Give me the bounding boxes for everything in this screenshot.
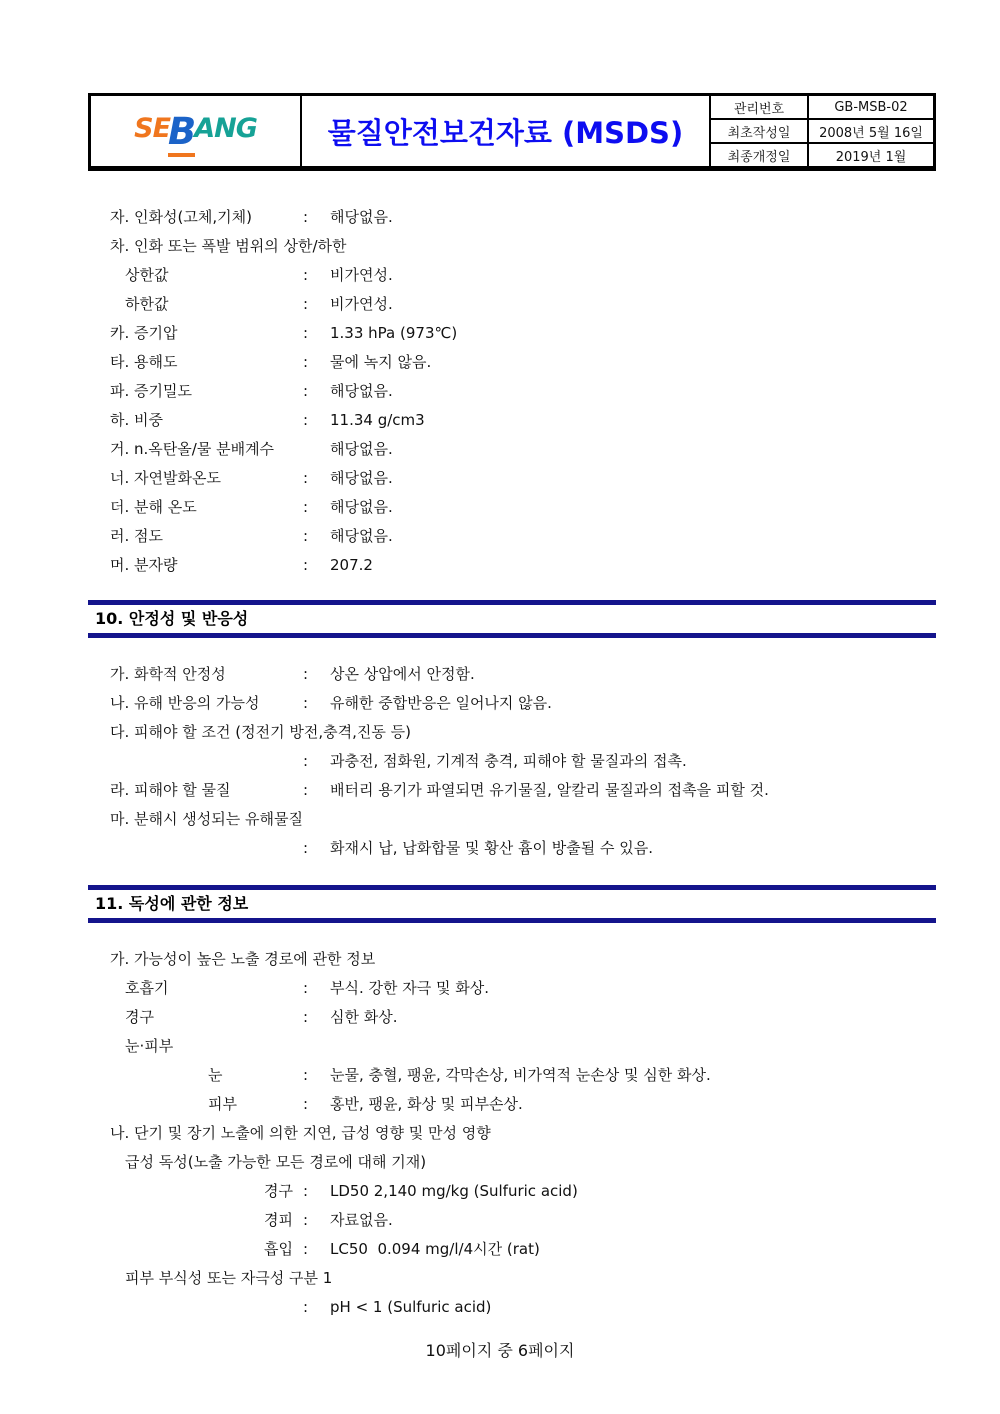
property-label: 파. 증기밀도 [110,377,303,406]
document-title: 물질안전보건자료 (MSDS) [328,111,683,152]
meta-row: 최종개정일 2019년 1월 [711,144,933,166]
property-row: 더. 분해 온도 : 해당없음. [88,493,936,522]
property-label: 호흡기 [110,974,303,1003]
property-label: 하한값 [110,290,303,319]
sebang-logo: SEBANG [134,113,257,150]
colon-separator: : [303,377,330,406]
property-row: 머. 분자량 : 207.2 [88,551,936,580]
meta-row: 최초작성일 2008년 5월 16일 [711,120,933,144]
property-value: 11.34 g/cm3 [330,406,936,435]
property-value: 물에 녹지 않음. [330,348,936,377]
property-label: 마. 분해시 생성되는 유해물질 [110,805,303,834]
property-row: 너. 자연발화온도 : 해당없음. [88,464,936,493]
property-label: 경피 [110,1206,303,1235]
property-value: LD50 2,140 mg/kg (Sulfuric acid) [330,1177,936,1206]
colon-separator: : [303,464,330,493]
property-label: 너. 자연발화온도 [110,464,303,493]
property-label: 나. 유해 반응의 가능성 [110,689,303,718]
property-label: 눈 [110,1061,303,1090]
colon-separator: : [303,1003,330,1032]
property-row: 타. 용해도 : 물에 녹지 않음. [88,348,936,377]
property-row: 차. 인화 또는 폭발 범위의 상한/하한 [88,232,936,261]
property-value: 부식. 강한 자극 및 화상. [330,974,936,1003]
colon-separator: : [303,1206,330,1235]
property-row: 눈 : 눈물, 충혈, 팽윤, 각막손상, 비가역적 눈손상 및 심한 화상. [88,1061,936,1090]
property-label: 더. 분해 온도 [110,493,303,522]
property-row: 피부 부식성 또는 자극성 구분 1 [88,1264,936,1293]
colon-separator: : [303,522,330,551]
property-row: 러. 점도 : 해당없음. [88,522,936,551]
colon-separator: : [303,261,330,290]
colon-separator: : [303,290,330,319]
property-value: 1.33 hPa (973℃) [330,319,936,348]
property-label: 흡입 [110,1235,303,1264]
property-row: : pH < 1 (Sulfuric acid) [88,1293,936,1322]
property-row: 하. 비중 : 11.34 g/cm3 [88,406,936,435]
colon-separator: : [303,747,330,776]
property-row: 경구 : LD50 2,140 mg/kg (Sulfuric acid) [88,1177,936,1206]
property-row: 상한값 : 비가연성. [88,261,936,290]
property-row: 흡입 : LC50 0.094 mg/l/4시간 (rat) [88,1235,936,1264]
property-row: 피부 : 홍반, 팽윤, 화상 및 피부손상. [88,1090,936,1119]
property-value: 심한 화상. [330,1003,936,1032]
property-label: 카. 증기압 [110,319,303,348]
property-label: 거. n.옥탄올/물 분배계수 [110,435,303,464]
colon-separator: : [303,834,330,863]
meta-value: 2008년 5월 16일 [809,120,933,142]
property-row: 파. 증기밀도 : 해당없음. [88,377,936,406]
section-divider-bar-bottom [88,918,936,923]
property-label: 러. 점도 [110,522,303,551]
section10-rows: 가. 화학적 안정성 : 상온 상압에서 안정함. 나. 유해 반응의 가능성 … [88,660,936,863]
meta-value: 2019년 1월 [809,144,933,166]
property-value: 화재시 납, 납화합물 및 황산 흄이 방출될 수 있음. [330,834,936,863]
property-value: 비가연성. [330,261,936,290]
property-value: 비가연성. [330,290,936,319]
colon-separator: : [303,660,330,689]
colon-separator: : [303,1235,330,1264]
meta-label: 관리번호 [711,96,809,118]
property-label: 경구 [110,1177,303,1206]
colon-separator: : [303,1061,330,1090]
section9-rows: 자. 인화성(고체,기체) : 해당없음. 차. 인화 또는 폭발 범위의 상한… [88,203,936,580]
property-label: 머. 분자량 [110,551,303,580]
section-11-title: 11. 독성에 관한 정보 [88,890,936,918]
property-row: : 화재시 납, 납화합물 및 황산 흄이 방출될 수 있음. [88,834,936,863]
section-10-header: 10. 안정성 및 반응성 [88,600,936,638]
section11-rows: 가. 가능성이 높은 노출 경로에 관한 정보 호흡기 : 부식. 강한 자극 … [88,945,936,1322]
property-value: 해당없음. [330,464,936,493]
meta-value: GB-MSB-02 [809,96,933,118]
property-value: 해당없음. [330,493,936,522]
logo-cell: SEBANG [91,96,302,166]
property-value: 과충전, 점화원, 기계적 충격, 피해야 할 물질과의 접촉. [330,747,936,776]
property-row: 라. 피해야 할 물질 : 배터리 용기가 파열되면 유기물질, 알칼리 물질과… [88,776,936,805]
property-value: 해당없음. [330,522,936,551]
property-label: 타. 용해도 [110,348,303,377]
property-label: 차. 인화 또는 폭발 범위의 상한/하한 [110,232,303,261]
property-value: 해당없음. [330,203,936,232]
property-row: 급성 독성(노출 가능한 모든 경로에 대해 기재) [88,1148,936,1177]
colon-separator: : [303,493,330,522]
property-label: 하. 비중 [110,406,303,435]
property-label: 나. 단기 및 장기 노출에 의한 지연, 급성 영향 및 만성 영향 [110,1119,303,1148]
property-row: 가. 화학적 안정성 : 상온 상압에서 안정함. [88,660,936,689]
property-row: 다. 피해야 할 조건 (정전기 방전,충격,진동 등) [88,718,936,747]
property-value: LC50 0.094 mg/l/4시간 (rat) [330,1235,936,1264]
property-value: 상온 상압에서 안정함. [330,660,936,689]
property-label: 경구 [110,1003,303,1032]
property-value: 자료없음. [330,1206,936,1235]
property-label: 피부 [110,1090,303,1119]
property-row: 자. 인화성(고체,기체) : 해당없음. [88,203,936,232]
document-meta-table: 관리번호 GB-MSB-02 최초작성일 2008년 5월 16일 최종개정일 … [711,96,933,166]
property-label: 피부 부식성 또는 자극성 구분 1 [110,1264,303,1293]
colon-separator: : [303,974,330,1003]
meta-label: 최종개정일 [711,144,809,166]
property-label: 라. 피해야 할 물질 [110,776,303,805]
property-row: 가. 가능성이 높은 노출 경로에 관한 정보 [88,945,936,974]
section-divider-bar-bottom [88,633,936,638]
meta-row: 관리번호 GB-MSB-02 [711,96,933,120]
property-value: 홍반, 팽윤, 화상 및 피부손상. [330,1090,936,1119]
property-row: 나. 단기 및 장기 노출에 의한 지연, 급성 영향 및 만성 영향 [88,1119,936,1148]
property-value: 눈물, 충혈, 팽윤, 각막손상, 비가역적 눈손상 및 심한 화상. [330,1061,936,1090]
msds-document-page: SEBANG 물질안전보건자료 (MSDS) 관리번호 GB-MSB-02 최초… [0,0,1000,1414]
colon-separator: : [303,689,330,718]
property-label: 자. 인화성(고체,기체) [110,203,303,232]
property-label: 가. 가능성이 높은 노출 경로에 관한 정보 [110,945,303,974]
document-body: 자. 인화성(고체,기체) : 해당없음. 차. 인화 또는 폭발 범위의 상한… [88,203,936,1322]
property-label: 급성 독성(노출 가능한 모든 경로에 대해 기재) [110,1148,303,1177]
meta-label: 최초작성일 [711,120,809,142]
colon-separator: : [303,203,330,232]
property-label: 상한값 [110,261,303,290]
document-header: SEBANG 물질안전보건자료 (MSDS) 관리번호 GB-MSB-02 최초… [88,93,936,171]
logo-text-ang: ANG [194,113,257,144]
property-value: 해당없음. [330,377,936,406]
colon-separator: : [303,776,330,805]
colon-separator: : [303,1090,330,1119]
logo-text-se: SE [134,113,170,144]
property-value: 해당없음. [330,435,936,464]
colon-separator: : [303,551,330,580]
colon-separator: : [303,348,330,377]
property-label: 가. 화학적 안정성 [110,660,303,689]
property-row: 경피 : 자료없음. [88,1206,936,1235]
property-row: : 과충전, 점화원, 기계적 충격, 피해야 할 물질과의 접촉. [88,747,936,776]
colon-separator: : [303,1177,330,1206]
page-number: 10페이지 중 6페이지 [0,1338,1000,1361]
title-cell: 물질안전보건자료 (MSDS) [302,96,711,166]
property-row: 경구 : 심한 화상. [88,1003,936,1032]
logo-text-b: B [168,110,195,157]
property-label: 다. 피해야 할 조건 (정전기 방전,충격,진동 등) [110,718,303,747]
colon-separator: : [303,319,330,348]
section-10-title: 10. 안정성 및 반응성 [88,605,936,633]
property-label: 눈·피부 [110,1032,303,1061]
property-row: 호흡기 : 부식. 강한 자극 및 화상. [88,974,936,1003]
property-value: 207.2 [330,551,936,580]
colon-separator: : [303,1293,330,1322]
property-value: 배터리 용기가 파열되면 유기물질, 알칼리 물질과의 접촉을 피할 것. [330,776,936,805]
colon-separator: : [303,406,330,435]
property-row: 마. 분해시 생성되는 유해물질 [88,805,936,834]
property-row: 나. 유해 반응의 가능성 : 유해한 중합반응은 일어나지 않음. [88,689,936,718]
property-value: pH < 1 (Sulfuric acid) [330,1293,936,1322]
section-11-header: 11. 독성에 관한 정보 [88,885,936,923]
property-row: 거. n.옥탄올/물 분배계수 해당없음. [88,435,936,464]
property-value: 유해한 중합반응은 일어나지 않음. [330,689,936,718]
property-row: 카. 증기압 : 1.33 hPa (973℃) [88,319,936,348]
property-row: 눈·피부 [88,1032,936,1061]
property-row: 하한값 : 비가연성. [88,290,936,319]
